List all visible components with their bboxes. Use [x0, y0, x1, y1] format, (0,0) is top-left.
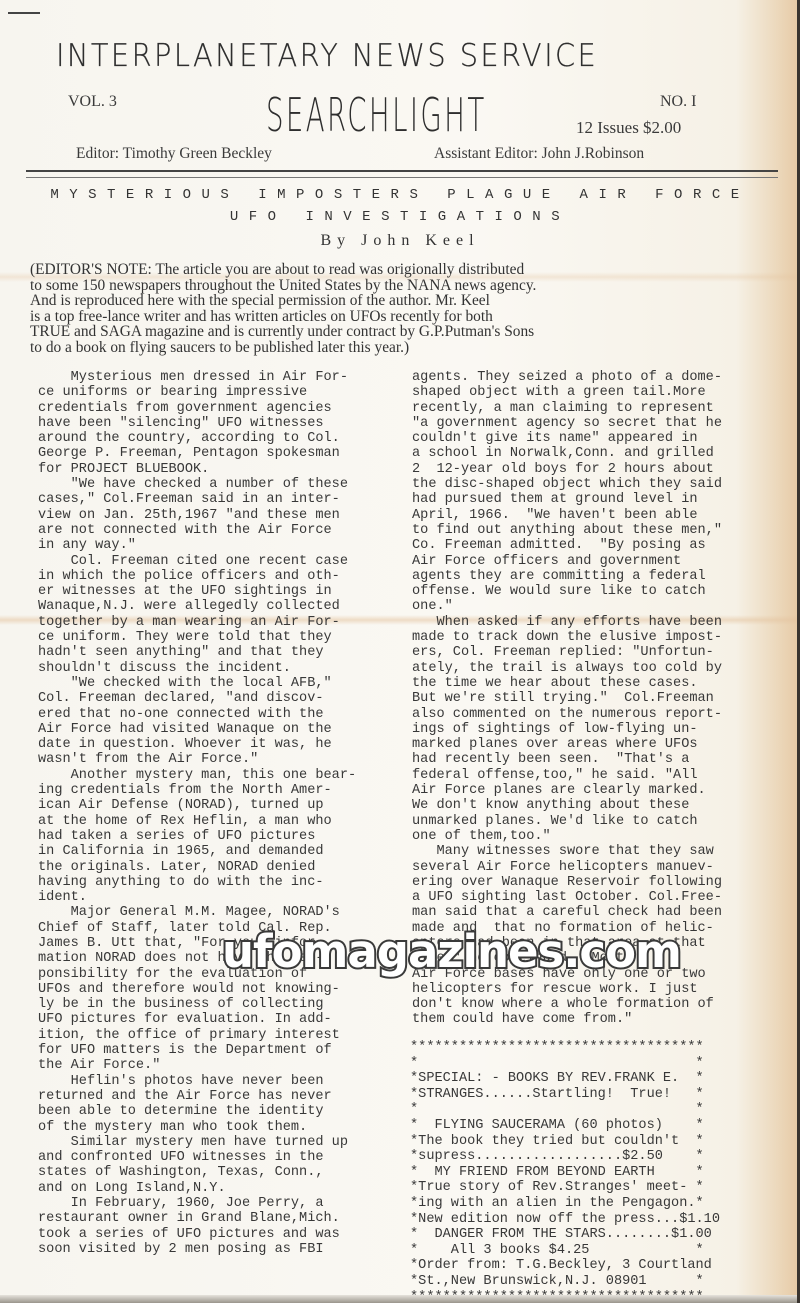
margin-mark — [8, 12, 40, 14]
service-title: INTERPLANETARY NEWS SERVICE — [56, 38, 698, 74]
watermark-logo: ufomagazines.com — [222, 925, 681, 978]
issue-number: NO. I — [660, 93, 696, 111]
headline-line-2: UFO INVESTIGATIONS — [30, 209, 770, 225]
publication-title: SEARCHLIGHT — [266, 88, 487, 142]
byline: By John Keel — [0, 232, 800, 250]
headline-line-1: MYSTERIOUS IMPOSTERS PLAGUE AIR FORCE — [30, 187, 770, 203]
assistant-editor-credit: Assistant Editor: John J.Robinson — [434, 145, 644, 163]
newsletter-page: INTERPLANETARY NEWS SERVICE VOL. 3 SEARC… — [0, 0, 800, 1303]
divider-rule — [26, 177, 778, 178]
divider-rule — [26, 170, 778, 172]
editors-note: (EDITOR'S NOTE: The article you are abou… — [30, 262, 780, 356]
page-bottom-edge — [0, 1295, 800, 1303]
editor-credit: Editor: Timothy Green Beckley — [76, 145, 272, 163]
subscription-price: 12 Issues $2.00 — [576, 118, 681, 138]
volume-label: VOL. 3 — [68, 93, 117, 111]
book-advertisement: ************************************ * *… — [410, 1040, 720, 1303]
article-column-left: Mysterious men dressed in Air For- ce un… — [38, 370, 356, 1257]
